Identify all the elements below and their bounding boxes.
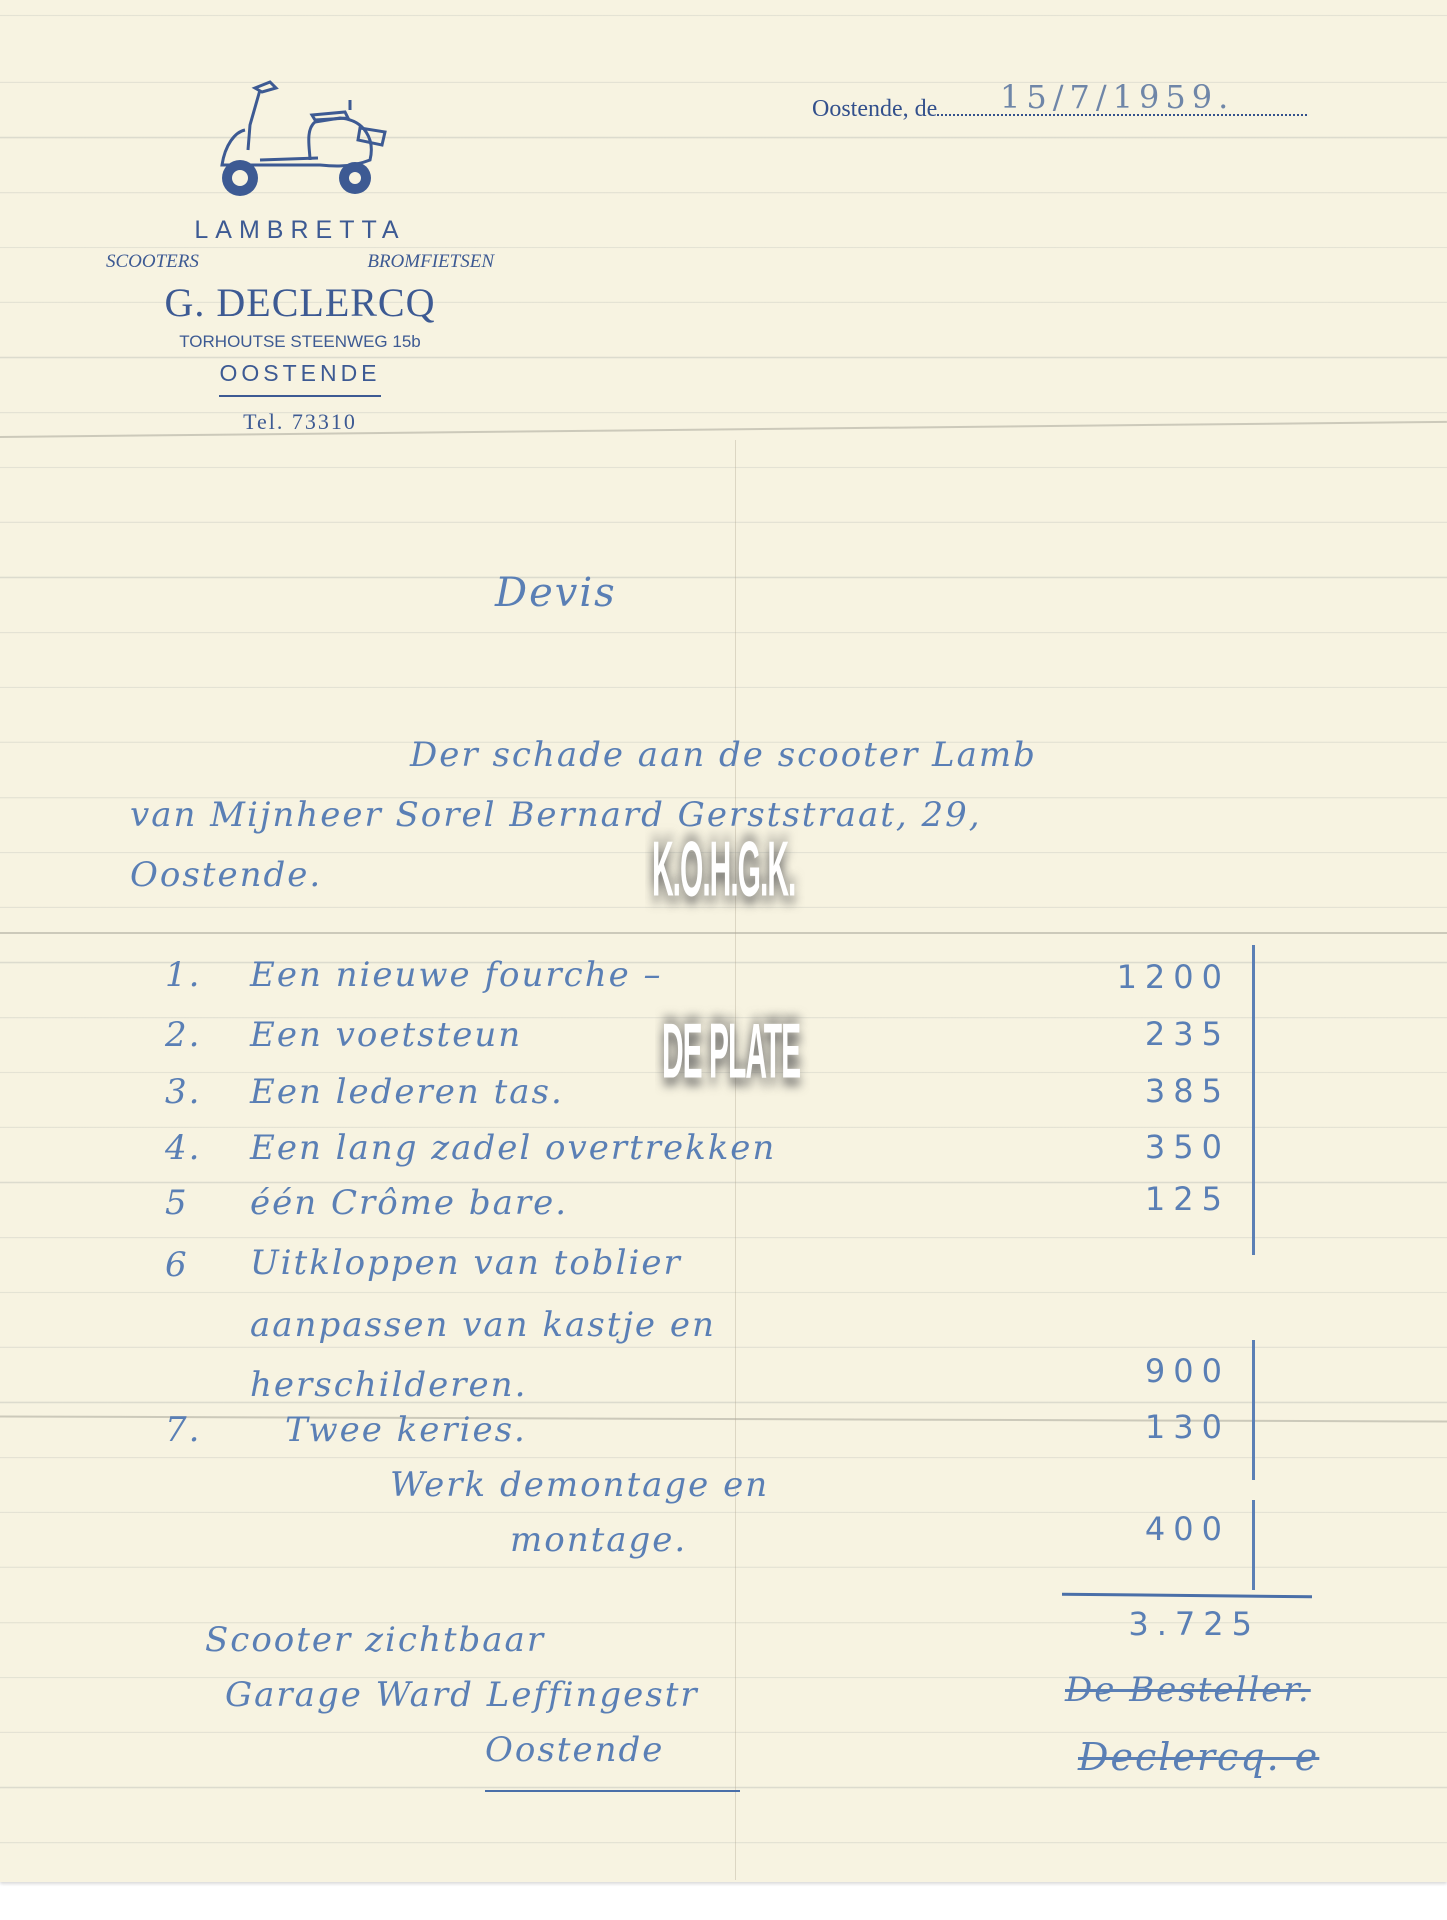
item-amount: 1200	[1050, 958, 1230, 996]
item-amount: 130	[1050, 1408, 1230, 1446]
item-description: één Crôme bare.	[250, 1183, 568, 1223]
scooter-icon	[200, 70, 400, 200]
item-number: 4.	[165, 1128, 201, 1168]
item-number: 7.	[165, 1410, 201, 1450]
item-description: Een voetsteun	[250, 1015, 522, 1055]
franc-column-mark	[1252, 1500, 1255, 1590]
letterhead: LAMBRETTA SCOOTERS BROMFIETSEN G. DECLER…	[100, 70, 500, 435]
intro-line-2: van Mijnheer Sorel Bernard Gerststraat, …	[130, 795, 982, 835]
company-phone: Tel. 73310	[100, 409, 500, 435]
item-number: 1.	[165, 955, 201, 995]
intro-line-1: Der schade aan de scooter Lamb	[410, 735, 1037, 775]
item-description-line: Werk demontage en	[390, 1465, 769, 1505]
item-description-line: herschilderen.	[250, 1365, 527, 1405]
note-line-2: Garage Ward Leffingestr	[225, 1675, 699, 1715]
item-amount: 125	[1050, 1180, 1230, 1218]
letter-paper: LAMBRETTA SCOOTERS BROMFIETSEN G. DECLER…	[0, 0, 1447, 1882]
printed-signature-label: De Besteller.	[1065, 1670, 1311, 1710]
brand-name: LAMBRETTA	[100, 216, 500, 245]
company-address: TORHOUTSE STEENWEG 15b	[100, 332, 500, 352]
total-rule	[1062, 1593, 1312, 1599]
item-amount: 235	[1050, 1015, 1230, 1053]
watermark-de-plate: DE PLATE	[662, 1010, 800, 1098]
item-number: 3.	[165, 1072, 201, 1112]
item-amount: 400	[1050, 1510, 1230, 1548]
tagline-bromfietsen: BROMFIETSEN	[367, 251, 494, 273]
company-city: OOSTENDE	[219, 360, 380, 397]
intro-line-3: Oostende.	[130, 855, 322, 895]
watermark-kohgk: K.O.H.G.K.	[652, 828, 795, 916]
document-title: Devis	[495, 570, 617, 616]
note-line-3: Oostende	[485, 1730, 664, 1770]
item-number: 6	[165, 1245, 189, 1285]
item-description: Een lang zadel overtrekken	[250, 1128, 776, 1168]
fold-crease-middle	[0, 932, 1447, 934]
date-value: 15/7/1959.	[1000, 78, 1234, 116]
date-label: Oostende, de	[812, 96, 937, 122]
item-description-line: aanpassen van kastje en	[250, 1305, 716, 1345]
tagline-scooters: SCOOTERS	[106, 251, 199, 273]
item-amount: 900	[1050, 1352, 1230, 1390]
item-description-line: montage.	[510, 1520, 687, 1560]
item-description: Een lederen tas.	[250, 1072, 564, 1112]
item-number: 5	[165, 1183, 189, 1223]
item-description-line: Uitkloppen van toblier	[250, 1243, 682, 1283]
franc-column-mark	[1252, 945, 1255, 1255]
signature: Declercq. e	[1078, 1735, 1319, 1779]
item-amount: 385	[1050, 1072, 1230, 1110]
note-underline	[485, 1790, 740, 1792]
note-line-1: Scooter zichtbaar	[205, 1620, 545, 1660]
item-description: Een nieuwe fourche –	[250, 955, 663, 995]
franc-column-mark	[1252, 1340, 1255, 1480]
item-amount: 350	[1050, 1128, 1230, 1166]
total-amount: 3.725	[1060, 1605, 1260, 1643]
item-description: Twee keries.	[285, 1410, 527, 1450]
company-name: G. DECLERCQ	[100, 279, 500, 326]
item-number: 2.	[165, 1015, 201, 1055]
